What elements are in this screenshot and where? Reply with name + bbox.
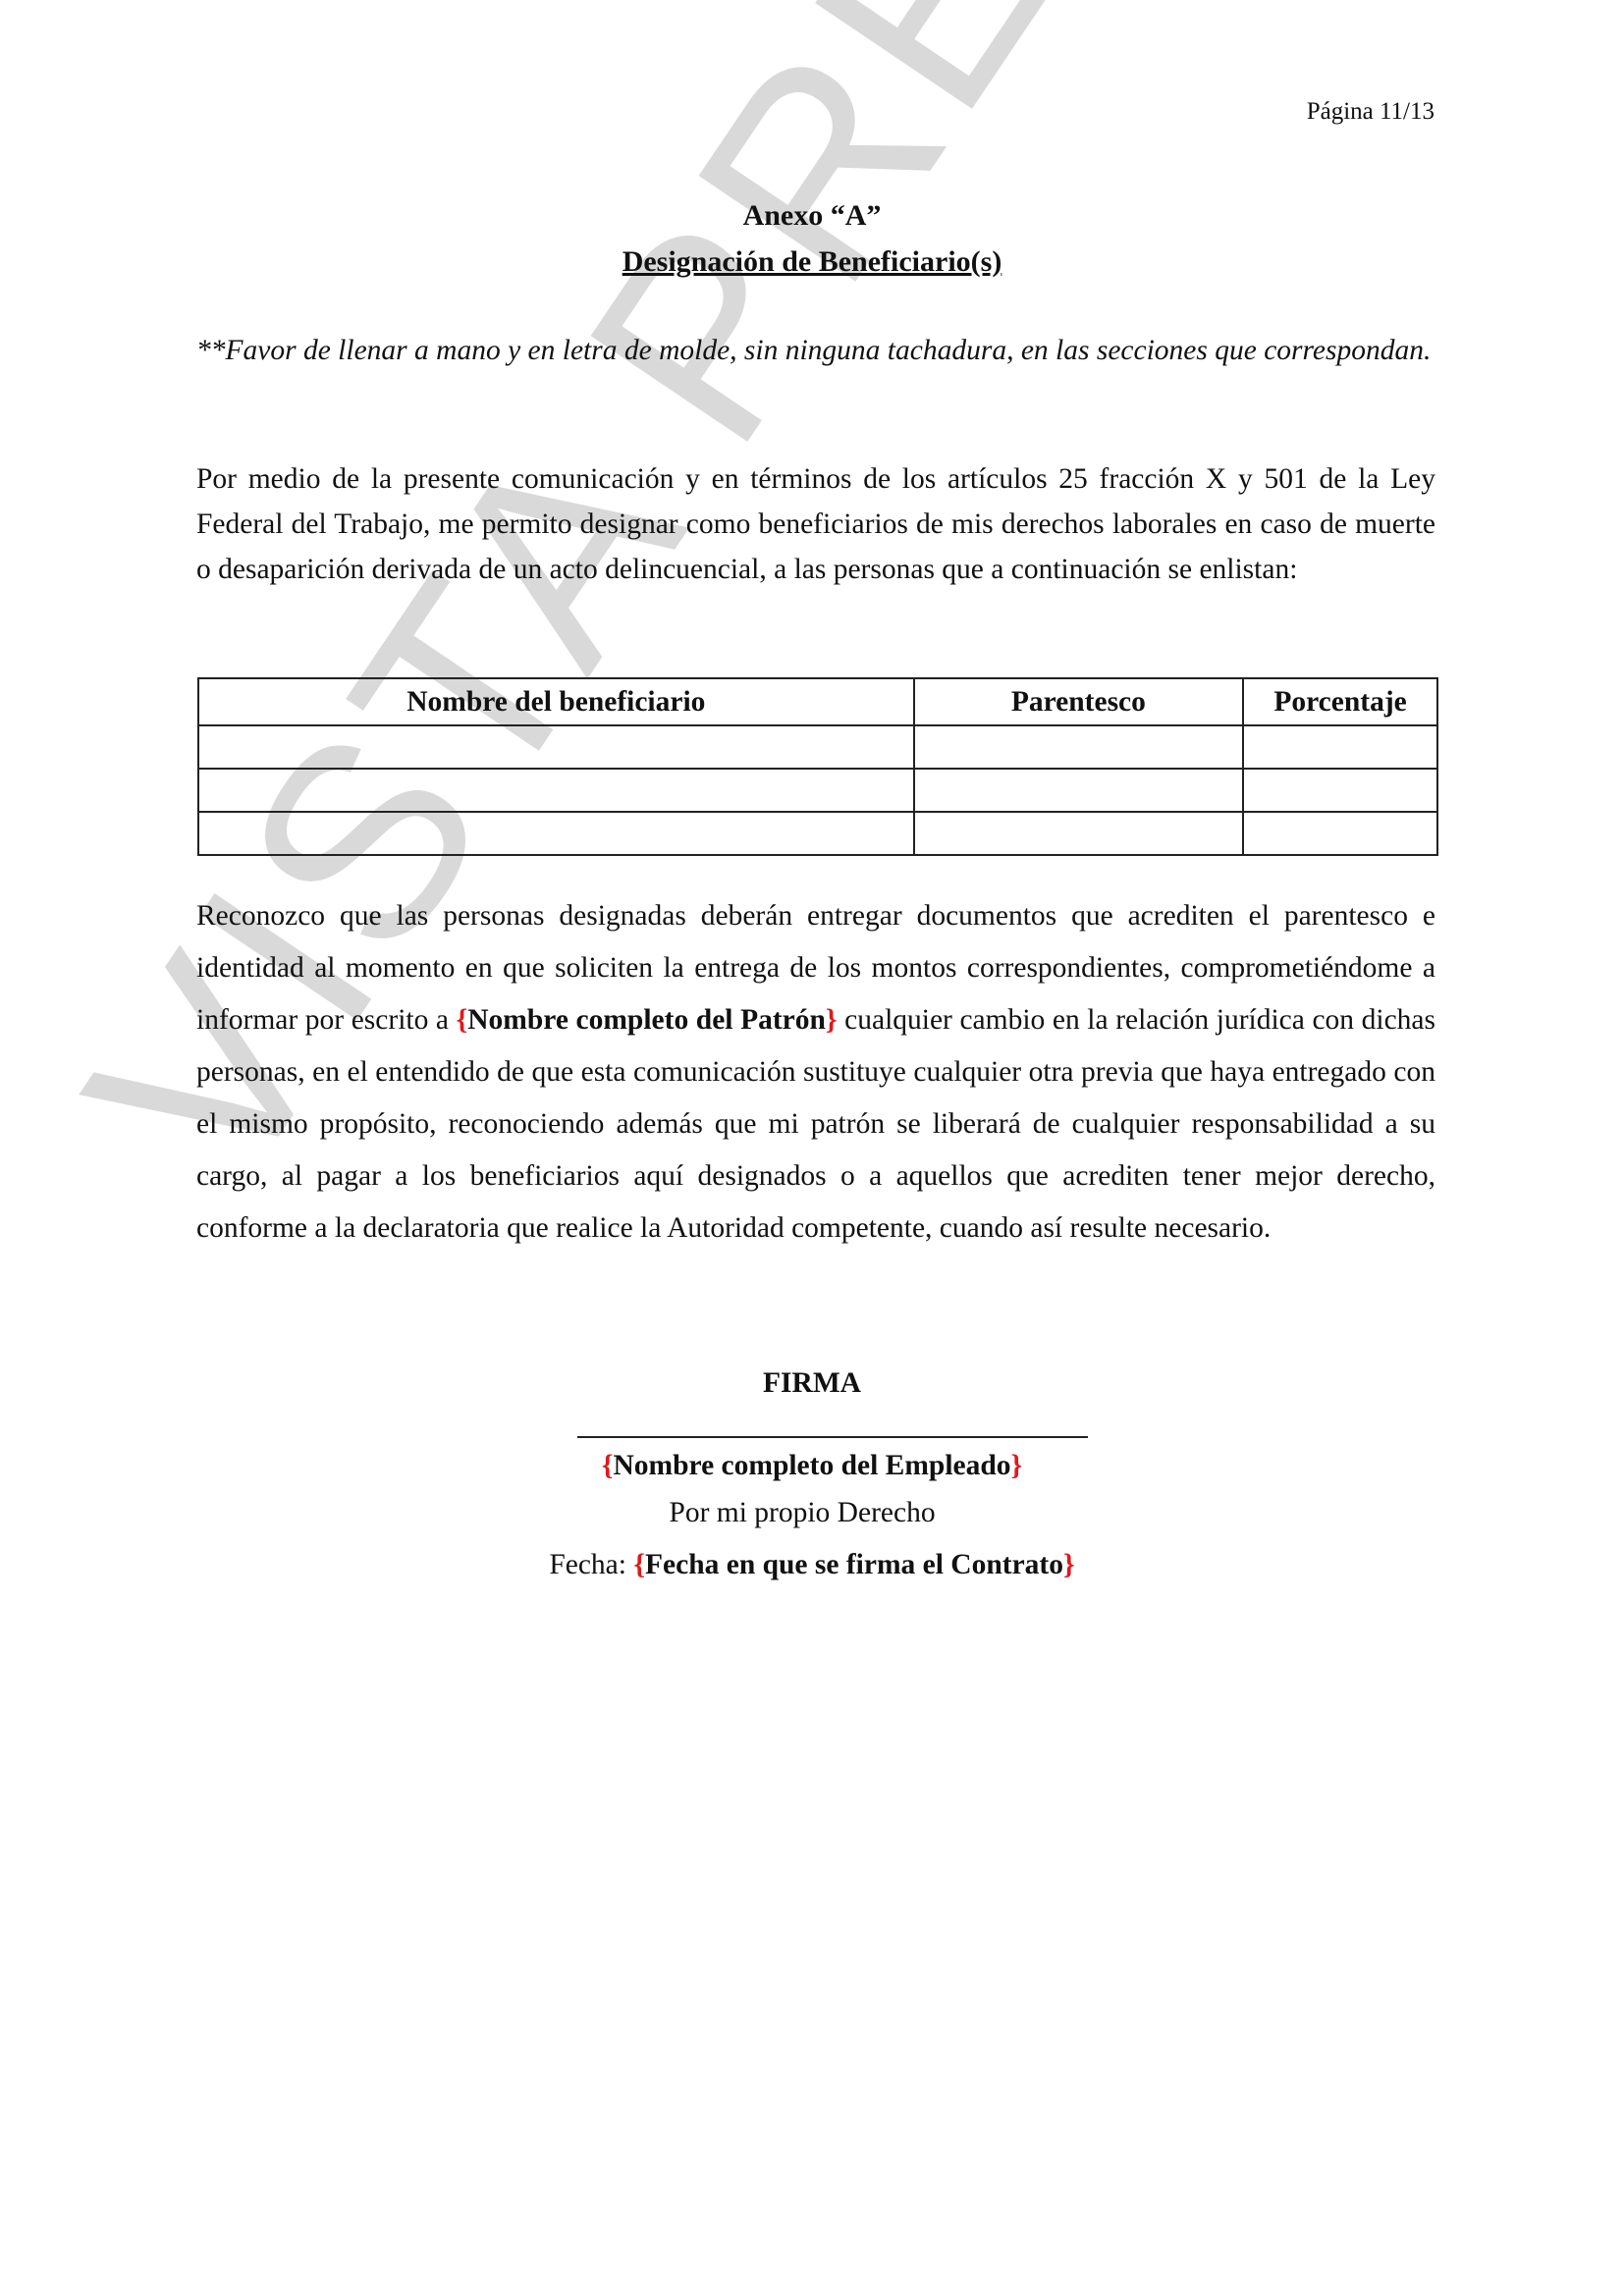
beneficiary-name-cell[interactable] — [198, 812, 914, 855]
acknowledgement-paragraph: Reconozco que las personas designadas de… — [196, 890, 1435, 1255]
annex-subtitle: Designación de Beneficiario(s) — [0, 245, 1624, 279]
signature-line[interactable] — [577, 1436, 1088, 1438]
beneficiaries-table: Nombre del beneficiario Parentesco Porce… — [197, 677, 1438, 856]
beneficiary-name-cell[interactable] — [198, 769, 914, 812]
relationship-cell[interactable] — [914, 725, 1244, 769]
annex-title: Anexo “A” — [0, 199, 1624, 233]
page-number: Página 11/13 — [1307, 98, 1435, 126]
intro-paragraph: Por medio de la presente comunicación y … — [196, 456, 1435, 592]
percentage-cell[interactable] — [1243, 725, 1437, 769]
open-brace: { — [633, 1549, 645, 1580]
header-beneficiary-name: Nombre del beneficiario — [198, 678, 914, 725]
header-percentage: Porcentaje — [1243, 678, 1437, 725]
open-brace: { — [602, 1450, 614, 1481]
date-placeholder: Fecha en que se firma el Contrato — [645, 1549, 1063, 1580]
own-right-text: Por mi propio Derecho — [0, 1497, 1614, 1529]
beneficiary-name-cell[interactable] — [198, 725, 914, 769]
percentage-cell[interactable] — [1243, 769, 1437, 812]
table-row — [198, 725, 1437, 769]
close-brace: } — [1011, 1450, 1023, 1481]
employee-name-placeholder: Nombre completo del Empleado — [613, 1450, 1010, 1481]
signature-title: FIRMA — [0, 1367, 1624, 1400]
table-row — [198, 769, 1437, 812]
table-row — [198, 812, 1437, 855]
close-brace: } — [1063, 1549, 1075, 1580]
acknowledgement-text-end: cualquier cambio en la relación jurídica… — [196, 1004, 1435, 1244]
close-brace: } — [826, 1004, 838, 1036]
instructions-text: **Favor de llenar a mano y en letra de m… — [196, 328, 1435, 373]
relationship-cell[interactable] — [914, 812, 1244, 855]
header-relationship: Parentesco — [914, 678, 1244, 725]
percentage-cell[interactable] — [1243, 812, 1437, 855]
employer-name-placeholder: Nombre completo del Patrón — [467, 1004, 826, 1036]
date-label: Fecha: — [549, 1549, 633, 1580]
open-brace: { — [457, 1004, 468, 1036]
relationship-cell[interactable] — [914, 769, 1244, 812]
date-line: Fecha: {Fecha en que se firma el Contrat… — [0, 1549, 1624, 1581]
table-header-row: Nombre del beneficiario Parentesco Porce… — [198, 678, 1437, 725]
employee-name-line: {Nombre completo del Empleado} — [0, 1450, 1624, 1482]
